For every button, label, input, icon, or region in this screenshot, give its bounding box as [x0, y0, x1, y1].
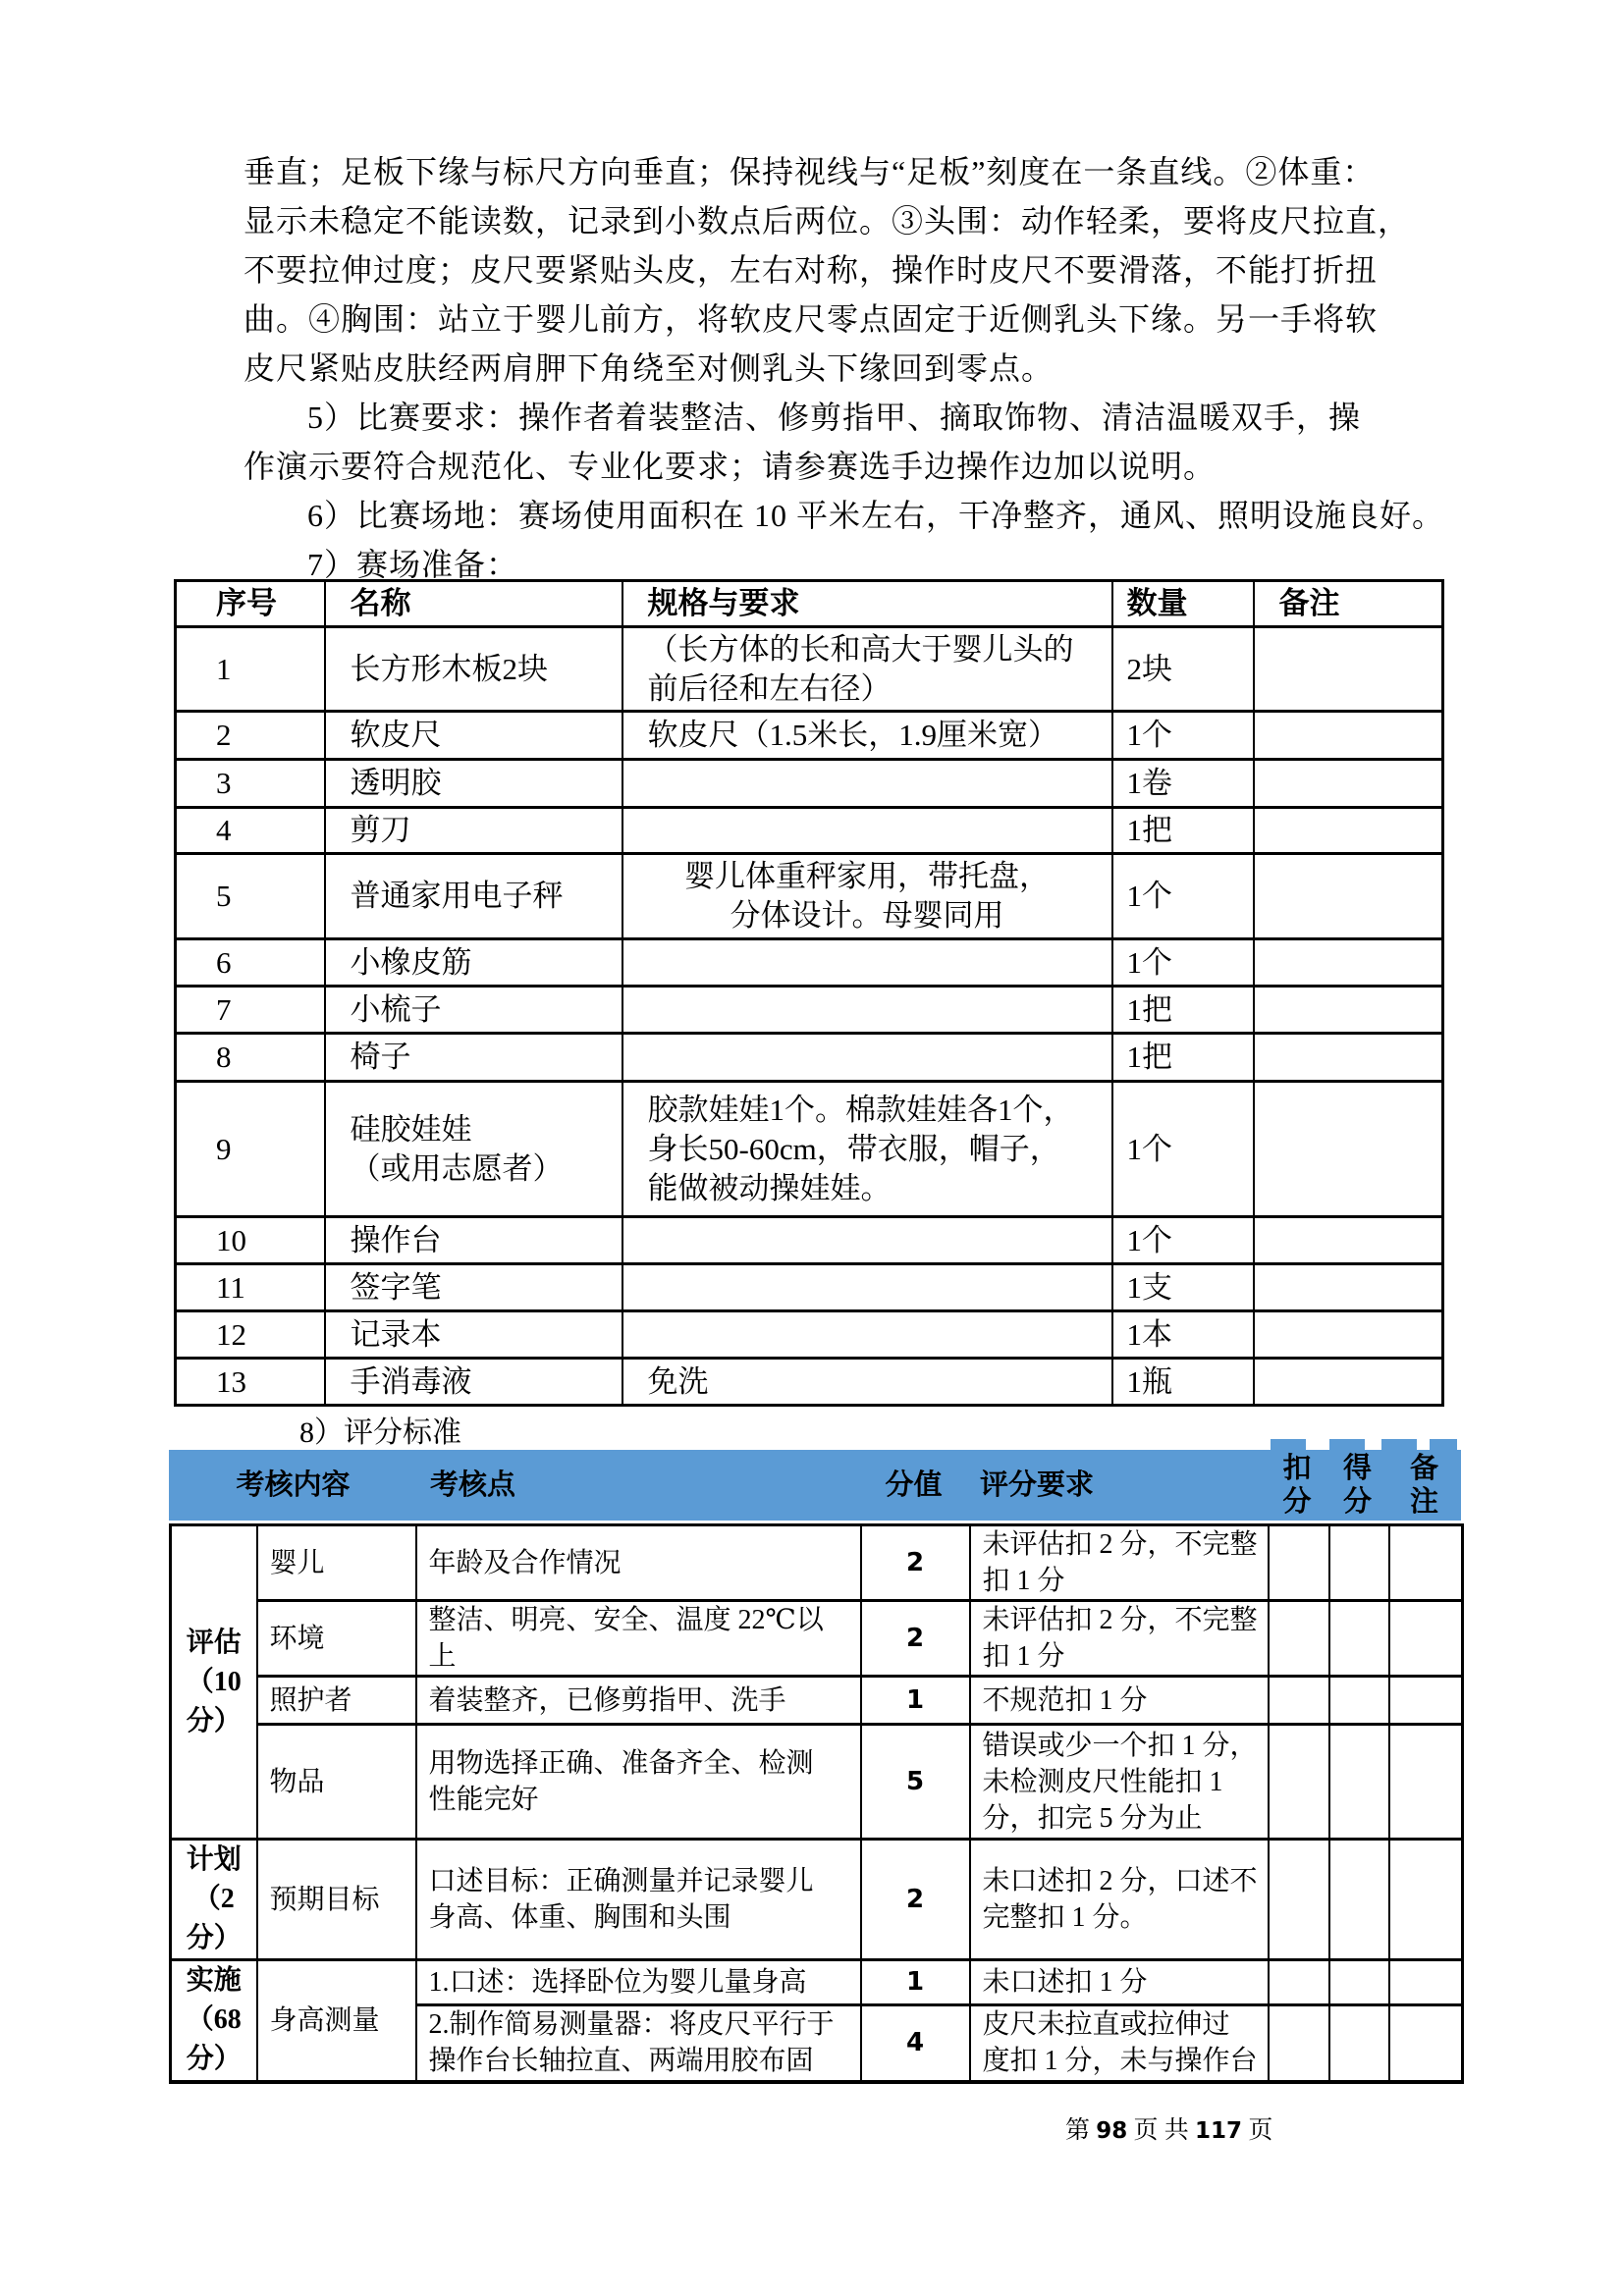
cell-spec — [622, 987, 1112, 1034]
table-row: 6 小橡皮筋 1个 — [176, 939, 1443, 987]
cell-spec — [622, 808, 1112, 854]
cell-qty: 1个 — [1112, 1217, 1254, 1264]
cell-spec — [622, 760, 1112, 808]
footer-page-number: 98 — [1096, 2118, 1127, 2144]
cell-qty: 2块 — [1112, 627, 1254, 712]
header-name: 名称 — [325, 581, 622, 627]
cell-name: 普通家用电子秤 — [325, 854, 622, 939]
cell-note — [1254, 760, 1443, 808]
header-score-value: 分值 — [859, 1450, 968, 1521]
cell-qty: 1个 — [1112, 854, 1254, 939]
cell-requirement: 不规范扣 1 分 — [970, 1677, 1269, 1725]
table-row: 5 普通家用电子秤 婴儿体重秤家用，带托盘， 分体设计。母婴同用 1个 — [176, 854, 1443, 939]
cell-name: 长方形木板2块 — [325, 627, 622, 712]
list-item-competition-venue: 6）比赛场地：赛场使用面积在 10 平米左右，干净整齐，通风、照明设施良好。 — [243, 491, 1444, 540]
header-gained-points: 得 分 — [1327, 1452, 1387, 1519]
table-row: 实施 （68 分） 身高测量 1.口述：选择卧位为婴儿量身高 1 未口述扣 1 … — [171, 1960, 1463, 2005]
header-assess-content: 考核内容 — [169, 1450, 417, 1521]
cell-note — [1389, 1677, 1463, 1725]
table-row: 10 操作台 1个 — [176, 1217, 1443, 1264]
cell-point: 用物选择正确、准备齐全、检测 性能完好 — [416, 1725, 861, 1840]
header-spec: 规格与要求 — [622, 581, 1112, 627]
cell-score: 5 — [861, 1725, 970, 1840]
cell-qty: 1支 — [1112, 1264, 1254, 1311]
cell-requirement: 未口述扣 2 分，口述不 完整扣 1 分。 — [970, 1840, 1269, 1960]
cell-gain — [1329, 1525, 1389, 1601]
cell-deduct — [1269, 1725, 1329, 1840]
table-row: 7 小梳子 1把 — [176, 987, 1443, 1034]
cell-spec: （长方体的长和高大于婴儿头的 前后径和左右径） — [622, 627, 1112, 712]
cell-no: 12 — [176, 1311, 325, 1359]
paragraph-line: 不要拉伸过度；皮尺要紧贴头皮，左右对称，操作时皮尺不要滑落，不能打折扭 — [243, 245, 1444, 294]
cell-note — [1254, 808, 1443, 854]
cell-spec: 免洗 — [622, 1359, 1112, 1406]
cell-note — [1254, 1217, 1443, 1264]
cell-deduct — [1269, 1840, 1329, 1960]
list-item-competition-requirements: 5）比赛要求：操作者着装整洁、修剪指甲、摘取饰物、清洁温暖双手，操 — [243, 393, 1444, 442]
header-no: 序号 — [176, 581, 325, 627]
header-score-requirement: 评分要求 — [980, 1450, 1094, 1521]
cell-point: 着装整齐，已修剪指甲、洗手 — [416, 1677, 861, 1725]
table-row: 4 剪刀 1把 — [176, 808, 1443, 854]
cell-no: 7 — [176, 987, 325, 1034]
cell-name: 记录本 — [325, 1311, 622, 1359]
cell-deduct — [1269, 1601, 1329, 1677]
cell-no: 10 — [176, 1217, 325, 1264]
cell-no: 3 — [176, 760, 325, 808]
cell-no: 5 — [176, 854, 325, 939]
cell-note — [1389, 1960, 1463, 2005]
table-row: 评估 （10 分） 婴儿 年龄及合作情况 2 未评估扣 2 分，不完整 扣 1 … — [171, 1525, 1463, 1601]
footer-total-pages: 117 — [1195, 2118, 1242, 2144]
cell-no: 2 — [176, 712, 325, 760]
table-row: 12 记录本 1本 — [176, 1311, 1443, 1359]
table-row: 8 椅子 1把 — [176, 1034, 1443, 1082]
cell-qty: 1个 — [1112, 939, 1254, 987]
cell-sub: 婴儿 — [257, 1525, 416, 1601]
cell-deduct — [1269, 1960, 1329, 2005]
cell-requirement: 未评估扣 2 分，不完整 扣 1 分 — [970, 1601, 1269, 1677]
cell-no: 6 — [176, 939, 325, 987]
cell-name: 小梳子 — [325, 987, 622, 1034]
cell-score: 1 — [861, 1960, 970, 2005]
group-label-plan: 计划 （2 分） — [171, 1840, 257, 1960]
cell-point: 1.口述：选择卧位为婴儿量身高 — [416, 1960, 861, 2005]
cell-qty: 1把 — [1112, 1034, 1254, 1082]
cell-note — [1254, 1082, 1443, 1217]
cell-name: 软皮尺 — [325, 712, 622, 760]
cell-score: 2 — [861, 1840, 970, 1960]
cell-qty: 1把 — [1112, 987, 1254, 1034]
cell-no: 4 — [176, 808, 325, 854]
cell-note — [1389, 1725, 1463, 1840]
table-row: 2 软皮尺 软皮尺（1.5米长，1.9厘米宽） 1个 — [176, 712, 1443, 760]
cell-score: 2 — [861, 1601, 970, 1677]
table-row: 照护者 着装整齐，已修剪指甲、洗手 1 不规范扣 1 分 — [171, 1677, 1463, 1725]
cell-qty: 1个 — [1112, 712, 1254, 760]
equipment-table: 序号 名称 规格与要求 数量 备注 1 长方形木板2块 （长方体的长和高大于婴儿… — [174, 579, 1444, 1407]
scoring-table: 评估 （10 分） 婴儿 年龄及合作情况 2 未评估扣 2 分，不完整 扣 1 … — [169, 1523, 1464, 2084]
cell-name: 操作台 — [325, 1217, 622, 1264]
table-row: 11 签字笔 1支 — [176, 1264, 1443, 1311]
table-row: 环境 整洁、明亮、安全、温度 22℃以 上 2 未评估扣 2 分，不完整 扣 1… — [171, 1601, 1463, 1677]
cell-sub: 环境 — [257, 1601, 416, 1677]
table-row: 13 手消毒液 免洗 1瓶 — [176, 1359, 1443, 1406]
cell-gain — [1329, 2005, 1389, 2082]
cell-note — [1389, 1525, 1463, 1601]
table-row: 物品 用物选择正确、准备齐全、检测 性能完好 5 错误或少一个扣 1 分， 未检… — [171, 1725, 1463, 1840]
cell-sub: 照护者 — [257, 1677, 416, 1725]
table-header-row: 序号 名称 规格与要求 数量 备注 — [176, 581, 1443, 627]
cell-spec — [622, 1034, 1112, 1082]
cell-requirement: 皮尺未拉直或拉伸过 度扣 1 分，未与操作台 — [970, 2005, 1269, 2082]
cell-note — [1254, 1359, 1443, 1406]
table-row: 1 长方形木板2块 （长方体的长和高大于婴儿头的 前后径和左右径） 2块 — [176, 627, 1443, 712]
document-page: { "paragraph": { "lines": [ { "text": "垂… — [0, 0, 1623, 2296]
paragraph-line: 皮尺紧贴皮肤经两肩胛下角绕至对侧乳头下缘回到零点。 — [243, 344, 1444, 393]
cell-spec: 软皮尺（1.5米长，1.9厘米宽） — [622, 712, 1112, 760]
cell-name: 椅子 — [325, 1034, 622, 1082]
group-label-implementation: 实施 （68 分） — [171, 1960, 257, 2082]
cell-note — [1389, 1601, 1463, 1677]
cell-note — [1254, 712, 1443, 760]
cell-qty: 1卷 — [1112, 760, 1254, 808]
header-deduct-points: 扣 分 — [1267, 1452, 1327, 1519]
cell-spec — [622, 1217, 1112, 1264]
cell-deduct — [1269, 1525, 1329, 1601]
cell-gain — [1329, 1960, 1389, 2005]
cell-note — [1389, 1840, 1463, 1960]
cell-no: 11 — [176, 1264, 325, 1311]
cell-requirement: 未评估扣 2 分，不完整 扣 1 分 — [970, 1525, 1269, 1601]
cell-score: 1 — [861, 1677, 970, 1725]
cell-name: 硅胶娃娃 （或用志愿者） — [325, 1082, 622, 1217]
group-label-assessment: 评估 （10 分） — [171, 1525, 257, 1840]
paragraph-line: 垂直；足板下缘与标尺方向垂直；保持视线与“足板”刻度在一条直线。②体重： — [243, 147, 1444, 196]
cell-note — [1254, 939, 1443, 987]
cell-qty: 1个 — [1112, 1082, 1254, 1217]
cell-sub: 身高测量 — [257, 1960, 416, 2082]
cell-name: 透明胶 — [325, 760, 622, 808]
cell-score: 2 — [861, 1525, 970, 1601]
cell-gain — [1329, 1601, 1389, 1677]
cell-qty: 1瓶 — [1112, 1359, 1254, 1406]
cell-name: 剪刀 — [325, 808, 622, 854]
cell-spec: 婴儿体重秤家用，带托盘， 分体设计。母婴同用 — [622, 854, 1112, 939]
scoring-standard-heading: 8）评分标准 — [299, 1408, 461, 1451]
cell-qty: 1本 — [1112, 1311, 1254, 1359]
cell-spec: 胶款娃娃1个。棉款娃娃各1个， 身长50-60cm，带衣服，帽子， 能做被动操娃… — [622, 1082, 1112, 1217]
cell-note — [1254, 987, 1443, 1034]
cell-deduct — [1269, 2005, 1329, 2082]
cell-note — [1254, 1264, 1443, 1311]
cell-note — [1254, 1311, 1443, 1359]
scoring-table-header: 考核内容 考核点 分值 评分要求 扣 分 得 分 备 注 — [169, 1450, 1461, 1521]
cell-gain — [1329, 1840, 1389, 1960]
cell-qty: 1把 — [1112, 808, 1254, 854]
table-row: 计划 （2 分） 预期目标 口述目标：正确测量并记录婴儿 身高、体重、胸围和头围… — [171, 1840, 1463, 1960]
cell-point: 整洁、明亮、安全、温度 22℃以 上 — [416, 1601, 861, 1677]
paragraph-line: 显示未稳定不能读数，记录到小数点后两位。③头围：动作轻柔，要将皮尺拉直， — [243, 196, 1444, 245]
cell-deduct — [1269, 1677, 1329, 1725]
footer-text: 页 — [1242, 2117, 1272, 2144]
cell-sub: 物品 — [257, 1725, 416, 1840]
cell-no: 9 — [176, 1082, 325, 1217]
cell-requirement: 错误或少一个扣 1 分， 未检测皮尺性能扣 1 分，扣完 5 分为止 — [970, 1725, 1269, 1840]
table-row: 9 硅胶娃娃 （或用志愿者） 胶款娃娃1个。棉款娃娃各1个， 身长50-60cm… — [176, 1082, 1443, 1217]
header-note: 备注 — [1254, 581, 1443, 627]
cell-note — [1254, 627, 1443, 712]
cell-no: 8 — [176, 1034, 325, 1082]
cell-name: 手消毒液 — [325, 1359, 622, 1406]
header-assess-point: 考核点 — [430, 1450, 515, 1521]
cell-point: 口述目标：正确测量并记录婴儿 身高、体重、胸围和头围 — [416, 1840, 861, 1960]
cell-no: 1 — [176, 627, 325, 712]
cell-point: 年龄及合作情况 — [416, 1525, 861, 1601]
paragraph-line: 曲。④胸围：站立于婴儿前方，将软皮尺零点固定于近侧乳头下缘。另一手将软 — [243, 294, 1444, 344]
body-paragraphs: 垂直；足板下缘与标尺方向垂直；保持视线与“足板”刻度在一条直线。②体重： 显示未… — [243, 147, 1444, 589]
cell-score: 4 — [861, 2005, 970, 2082]
paragraph-line: 作演示要符合规范化、专业化要求；请参赛选手边操作边加以说明。 — [243, 442, 1444, 491]
cell-sub: 预期目标 — [257, 1840, 416, 1960]
footer-text: 页 共 — [1127, 2117, 1195, 2144]
cell-note — [1254, 854, 1443, 939]
header-note: 备 注 — [1387, 1452, 1461, 1519]
cell-name: 小橡皮筋 — [325, 939, 622, 987]
cell-point: 2.制作简易测量器：将皮尺平行于 操作台长轴拉直、两端用胶布固 — [416, 2005, 861, 2082]
cell-note — [1389, 2005, 1463, 2082]
header-qty: 数量 — [1112, 581, 1254, 627]
page-footer: 第 98 页 共 117 页 — [1065, 2110, 1272, 2146]
cell-spec — [622, 939, 1112, 987]
cell-name: 签字笔 — [325, 1264, 622, 1311]
table-row: 3 透明胶 1卷 — [176, 760, 1443, 808]
cell-spec — [622, 1311, 1112, 1359]
cell-gain — [1329, 1725, 1389, 1840]
footer-text: 第 — [1065, 2117, 1096, 2144]
cell-no: 13 — [176, 1359, 325, 1406]
cell-requirement: 未口述扣 1 分 — [970, 1960, 1269, 2005]
cell-gain — [1329, 1677, 1389, 1725]
cell-note — [1254, 1034, 1443, 1082]
cell-spec — [622, 1264, 1112, 1311]
